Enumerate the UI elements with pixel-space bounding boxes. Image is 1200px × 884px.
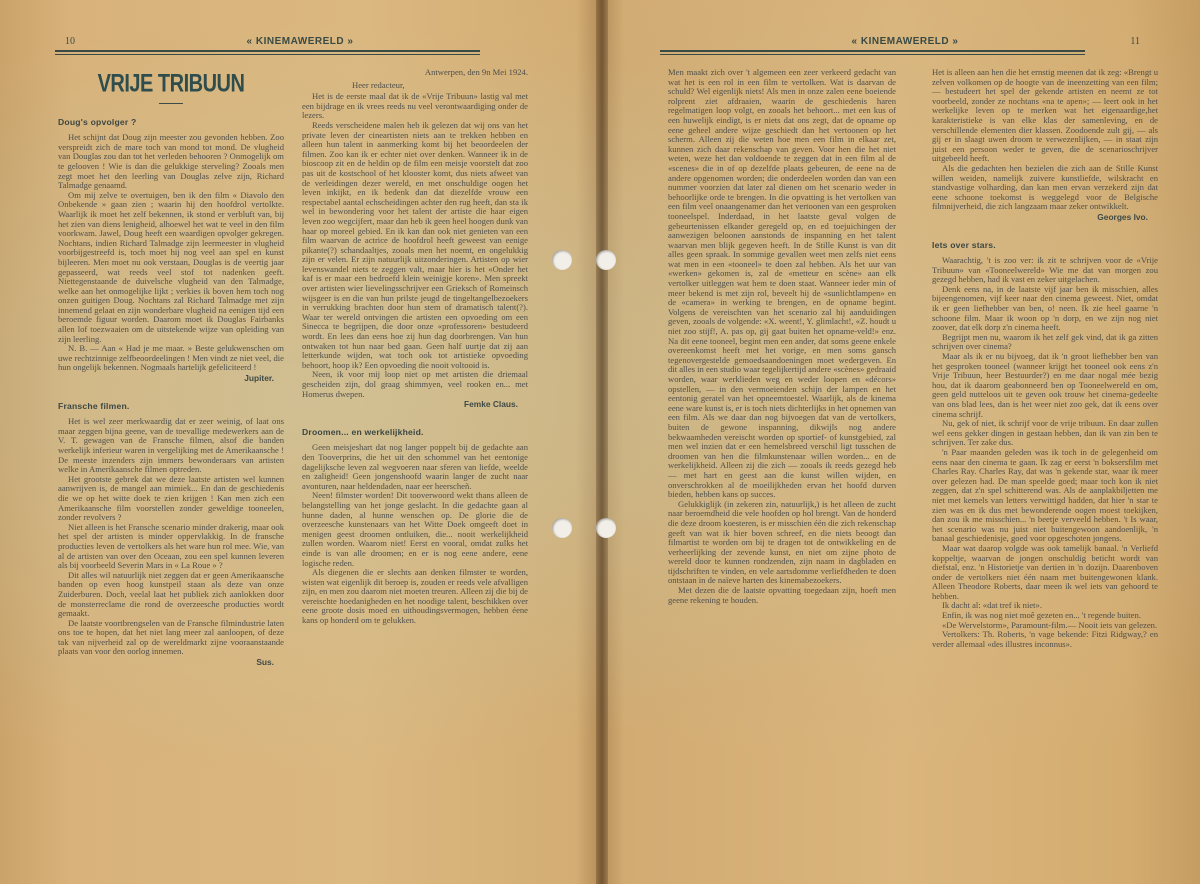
paragraph: Reeds verscheidene malen heb ik gelezen … <box>302 121 528 370</box>
column-4: Het is alleen aan hen die het ernstig me… <box>932 68 1158 649</box>
masthead: « KINEMAWERELD » <box>55 36 545 47</box>
paragraph: Denk eens na, in de laatste vijf jaar be… <box>932 285 1158 333</box>
punch-hole <box>552 518 572 538</box>
paragraph: Maar als ik er nu bijvoeg, dat ik 'n gro… <box>932 352 1158 419</box>
paragraph: Het is alleen aan hen die het ernstig me… <box>932 68 1158 164</box>
article-heading: Fransche filmen. <box>58 402 284 412</box>
paragraph: Gelukkiglijk (in zekeren zin, natuurlijk… <box>668 500 896 586</box>
left-page: 10 « KINEMAWERELD » VRIJE TRIBUUN Doug's… <box>0 0 600 884</box>
paragraph: Om mij zelve te overtuigen, ben ik den f… <box>58 191 284 345</box>
column-3: Men maakt zich over 't algemeen een zeer… <box>668 68 896 605</box>
punch-hole <box>552 250 572 270</box>
article-heading: Iets over stars. <box>932 241 1158 251</box>
signature: Sus. <box>58 658 284 668</box>
article-heading: Doug's opvolger ? <box>58 118 284 128</box>
paragraph: Vertolkers: Th. Roberts, 'n vage bekende… <box>932 630 1158 649</box>
paragraph: Geen meisjeshart dat nog langer poppelt … <box>302 443 528 491</box>
masthead: « KINEMAWERELD » <box>660 36 1150 47</box>
punch-hole <box>596 518 616 538</box>
section-title: VRIJE TRIBUUN <box>98 79 245 91</box>
paragraph: Als diegenen die er slechts aan denken f… <box>302 568 528 626</box>
paragraph: Maar wat daarop volgde was ook tamelijk … <box>932 544 1158 602</box>
paragraph: Dit alles wil natuurlijk niet zeggen dat… <box>58 571 284 619</box>
paragraph: Neen, ik voor mij loop niet op met artis… <box>302 370 528 399</box>
header-rule <box>660 50 1085 55</box>
salutation: Heer redacteur, <box>302 81 528 91</box>
magazine-spread: 10 « KINEMAWERELD » VRIJE TRIBUUN Doug's… <box>0 0 1200 884</box>
header-rule <box>55 50 480 55</box>
article-heading: Droomen... en werkelijkheid. <box>302 428 528 438</box>
paragraph: Waarachtig, 't is zoo ver: ik zit te sch… <box>932 256 1158 285</box>
column-2: Antwerpen, den 9n Mei 1924. Heer redacte… <box>302 68 528 626</box>
paragraph: Nu, gek of niet, ik schrijf voor de vrij… <box>932 419 1158 448</box>
signature: Georges Ivo. <box>932 213 1158 223</box>
paragraph: Het is de eerste maal dat ik de «Vrije T… <box>302 92 528 121</box>
paragraph: Als die gedachten hen bezielen die zich … <box>932 164 1158 212</box>
paragraph: Neen! filmster worden! Dit tooverwoord w… <box>302 491 528 568</box>
paragraph: Begrijpt men nu, waarom ik het zelf gek … <box>932 333 1158 352</box>
signature: Femke Claus. <box>302 400 528 410</box>
paragraph: N. B. — Aan « Had je me maar. » Beste ge… <box>58 344 284 373</box>
page-number: 11 <box>1130 36 1140 47</box>
paragraph: Het grootste gebrek dat we deze laatste … <box>58 475 284 523</box>
title-divider <box>159 103 183 104</box>
paragraph: Niet alleen is het Fransche scenario min… <box>58 523 284 571</box>
column-1: VRIJE TRIBUUN Doug's opvolger ? Het schi… <box>58 72 284 672</box>
paragraph: Het schijnt dat Doug zijn meester zou ge… <box>58 133 284 191</box>
paragraph: Met dezen die de laatste opvatting toege… <box>668 586 896 605</box>
paragraph: Het is wel zeer merkwaardig dat er zeer … <box>58 417 284 475</box>
punch-hole <box>596 250 616 270</box>
section-title-block: VRIJE TRIBUUN <box>58 80 284 104</box>
dateline: Antwerpen, den 9n Mei 1924. <box>302 68 528 78</box>
paragraph: De laatste voortbrengselen van de Fransc… <box>58 619 284 657</box>
paragraph: Men maakt zich over 't algemeen een zeer… <box>668 68 896 500</box>
paragraph: 'n Paar maanden geleden was ik toch in d… <box>932 448 1158 544</box>
signature: Jupiter. <box>58 374 284 384</box>
